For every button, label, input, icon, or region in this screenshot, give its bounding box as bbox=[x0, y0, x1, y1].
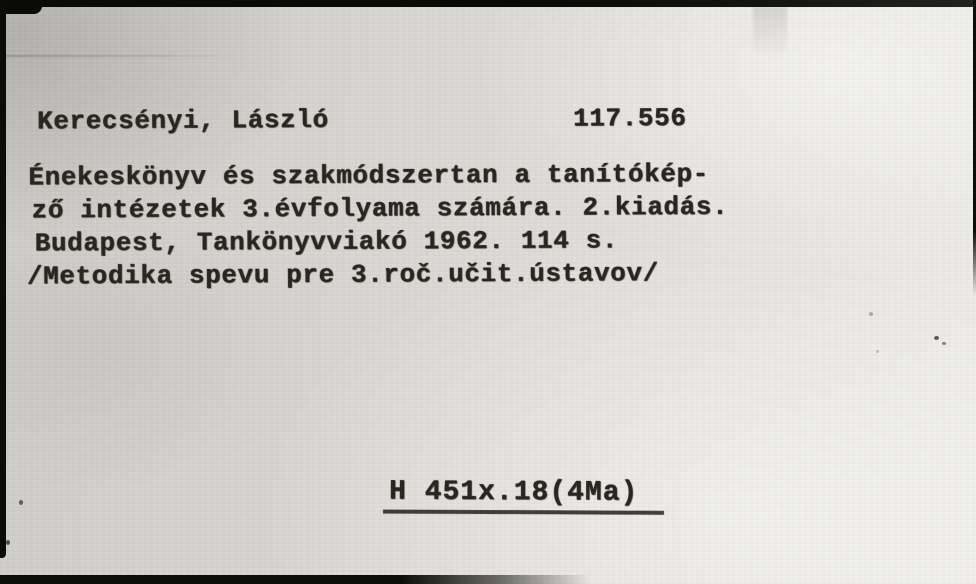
title-line-1: Énekeskönyv és szakmódszertan a tanítóké… bbox=[28, 161, 709, 191]
ink-speck bbox=[934, 336, 939, 340]
imprint-line: Budapest, Tankönyvviakó 1962. 114 s. bbox=[35, 227, 618, 256]
scan-edge-bottom bbox=[0, 575, 590, 584]
accession-number: 117.556 bbox=[573, 105, 687, 132]
title-line-2: ző intézetek 3.évfolyama számára. 2.kiad… bbox=[31, 194, 728, 224]
scan-edge-top-left-corner bbox=[0, 0, 42, 14]
annotation-line: /Metodika spevu pre 3.roč.učit.ústavov/ bbox=[27, 260, 659, 289]
ink-speck bbox=[942, 342, 946, 345]
call-number: H 451x.18(4Ma) bbox=[383, 479, 664, 515]
typewritten-text: Kerecsényi, László 117.556 Énekeskönyv é… bbox=[0, 0, 976, 584]
ink-speck bbox=[6, 540, 10, 545]
author-name: Kerecsényi, László bbox=[37, 107, 329, 135]
ink-speck bbox=[869, 312, 873, 316]
scan-edge-top bbox=[0, 0, 976, 7]
scan-edge-left bbox=[0, 0, 6, 558]
ink-speck bbox=[19, 500, 23, 505]
ink-speck bbox=[876, 350, 879, 353]
catalog-card-scan: Kerecsényi, László 117.556 Énekeskönyv é… bbox=[0, 0, 976, 584]
